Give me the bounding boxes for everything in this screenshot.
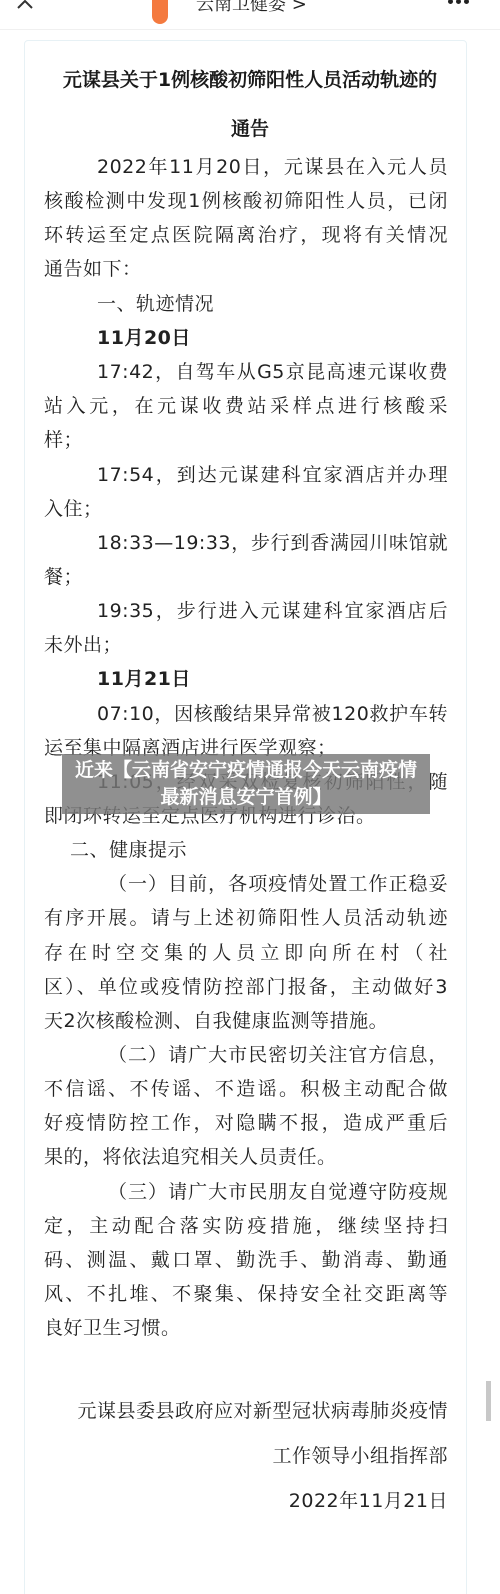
body-line: 码、测温、戴口罩、勤洗手、勤消毒、勤通: [44, 1245, 448, 1272]
section-heading: 二、健康提示: [70, 835, 474, 862]
body-line: 19:35，步行进入元谋建科宜家酒店后: [97, 596, 448, 623]
body-line: 果的，将依法追究相关人员责任。: [44, 1142, 448, 1169]
more-options-button[interactable]: [448, 0, 472, 6]
body-line: 好疫情防控工作，对隐瞒不报，造成严重后: [44, 1108, 448, 1135]
body-line: 不信谣、不传谣、不造谣。积极主动配合做: [44, 1074, 448, 1101]
more-dot-icon: [464, 0, 469, 4]
body-line: 餐；: [44, 562, 448, 589]
body-line: 通告如下：: [44, 254, 448, 281]
body-line: 2022年11月20日，元谋县在入元人员: [97, 152, 448, 179]
body-line: （二）请广大市民密切关注官方信息，: [108, 1040, 448, 1067]
more-dot-icon: [456, 0, 461, 4]
body-line: 存在时空交集的人员立即向所在村（社: [44, 938, 448, 965]
collapse-button[interactable]: [14, 0, 36, 16]
signature-org-line2: 工作领导小组指挥部: [44, 1441, 448, 1468]
channel-link[interactable]: 云南卫健委 >: [196, 0, 307, 16]
article-title-line1: 元谋县关于1例核酸初筛阳性人员活动轨迹的: [0, 65, 500, 92]
watermark-title-text: 近来【云南省安宁疫情通报今天云南疫情最新消息安宁首例】: [72, 757, 420, 811]
date-heading: 11月20日: [97, 323, 500, 350]
body-line: 风、不扎堆、不聚集、保持安全社交距离等: [44, 1279, 448, 1306]
chevron-up-icon: [14, 0, 36, 16]
body-line: 有序开展。请与上述初筛阳性人员活动轨迹: [44, 903, 448, 930]
channel-accent-bar: [152, 0, 168, 24]
body-line: （三）请广大市民朋友自觉遵守防疫规: [108, 1177, 448, 1204]
signature-date: 2022年11月21日: [44, 1486, 448, 1513]
body-line: 良好卫生习惯。: [44, 1313, 448, 1340]
body-line: 18:33—19:33，步行到香满园川味馆就: [97, 528, 448, 555]
body-line: 定，主动配合落实防疫措施，继续坚持扫: [44, 1211, 448, 1238]
body-line: 核酸检测中发现1例核酸初筛阳性人员，已闭: [44, 186, 448, 213]
body-line: （一）目前，各项疫情处置工作正稳妥: [108, 869, 448, 896]
body-line: 17:54，到达元谋建科宜家酒店并办理: [97, 460, 448, 487]
body-line: 样；: [44, 425, 448, 452]
date-heading: 11月21日: [97, 664, 500, 691]
body-line: 站入元，在元谋收费站采样点进行核酸采: [44, 391, 448, 418]
body-line: 17:42，自驾车从G5京昆高速元谋收费: [97, 357, 448, 384]
body-line: 环转运至定点医院隔离治疗，现将有关情况: [44, 220, 448, 247]
article-title-line2: 通告: [0, 114, 500, 141]
signature-org-line1: 元谋县委县政府应对新型冠状病毒肺炎疫情: [44, 1396, 448, 1423]
more-dot-icon: [448, 0, 453, 4]
body-line: 天2次核酸检测、自我健康监测等措施。: [44, 1006, 448, 1033]
section-heading: 一、轨迹情况: [97, 289, 500, 316]
scrollbar-thumb[interactable]: [486, 1381, 491, 1421]
body-line: 07:10，因核酸结果异常被120救护车转: [97, 699, 448, 726]
body-line: 未外出；: [44, 630, 448, 657]
top-nav-bar: 云南卫健委 >: [0, 0, 500, 30]
body-line: 入住；: [44, 494, 448, 521]
watermark-title-banner: 近来【云南省安宁疫情通报今天云南疫情最新消息安宁首例】: [62, 754, 430, 814]
body-line: 区）、单位或疫情防控部门报备，主动做好3: [44, 972, 448, 999]
